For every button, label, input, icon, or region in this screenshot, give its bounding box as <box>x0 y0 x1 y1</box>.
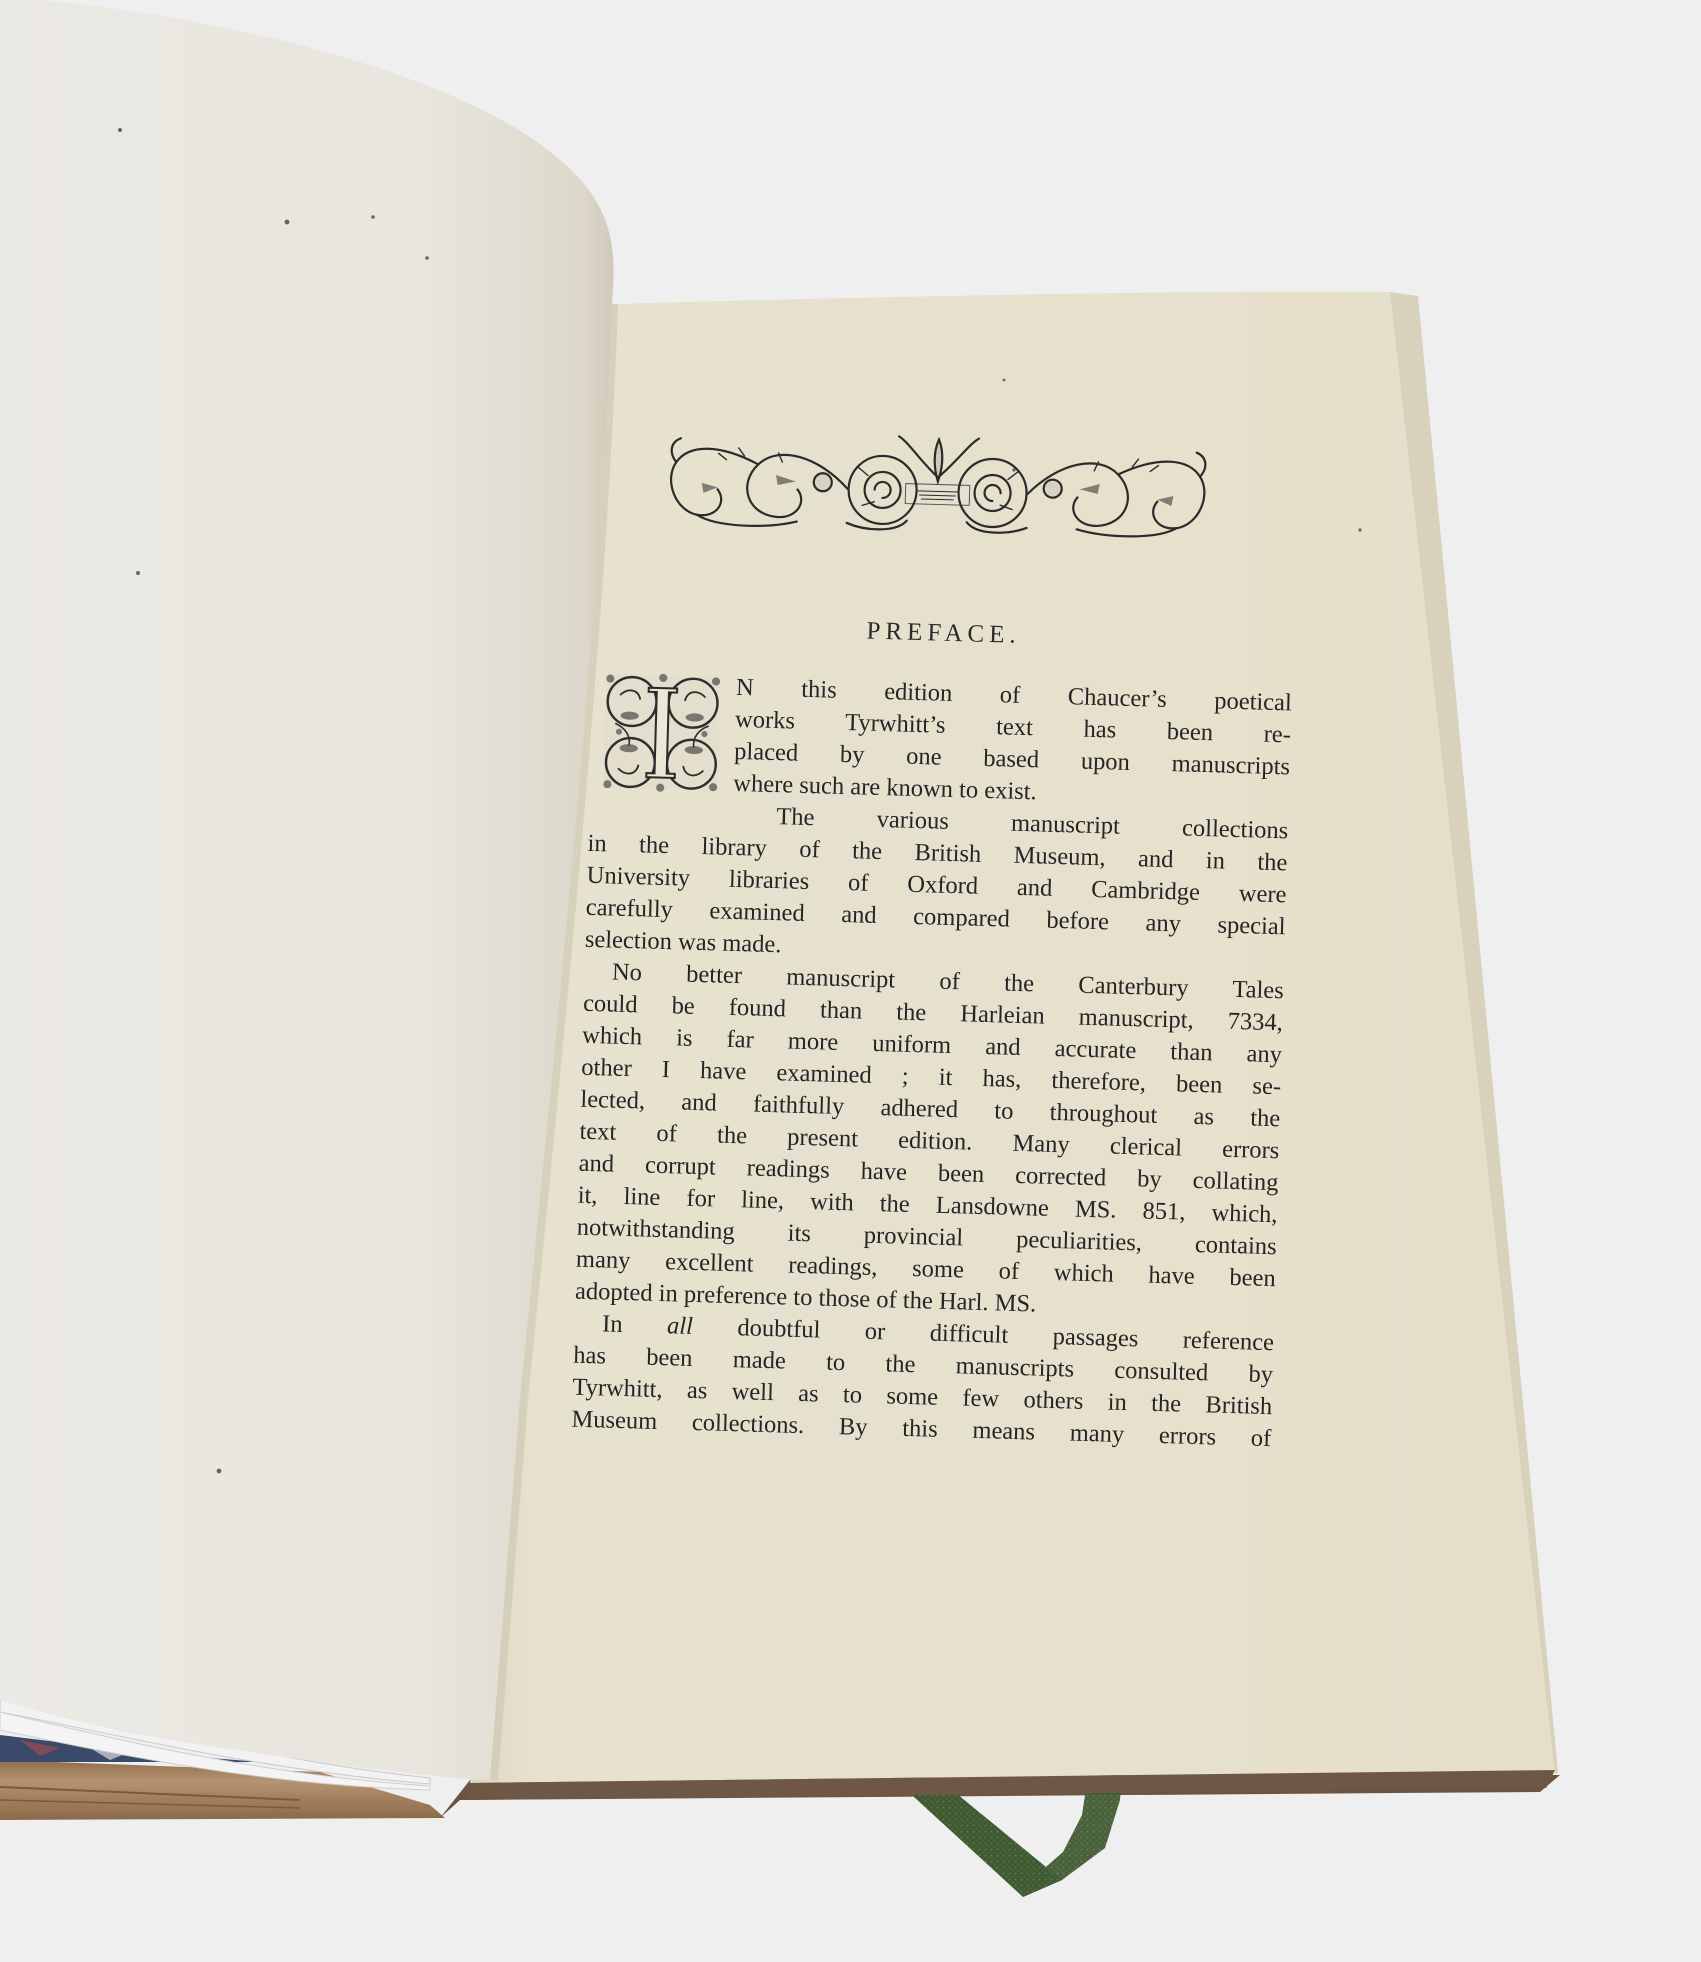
preface-body: N this edition of Chaucer’s poetical wor… <box>571 668 1292 1455</box>
floral-headpiece-ornament <box>656 422 1219 548</box>
ornamental-drop-cap-I-icon <box>599 670 724 795</box>
open-book-photo: PREFACE. <box>0 0 1701 1962</box>
emphasis-all: all <box>667 1312 694 1340</box>
